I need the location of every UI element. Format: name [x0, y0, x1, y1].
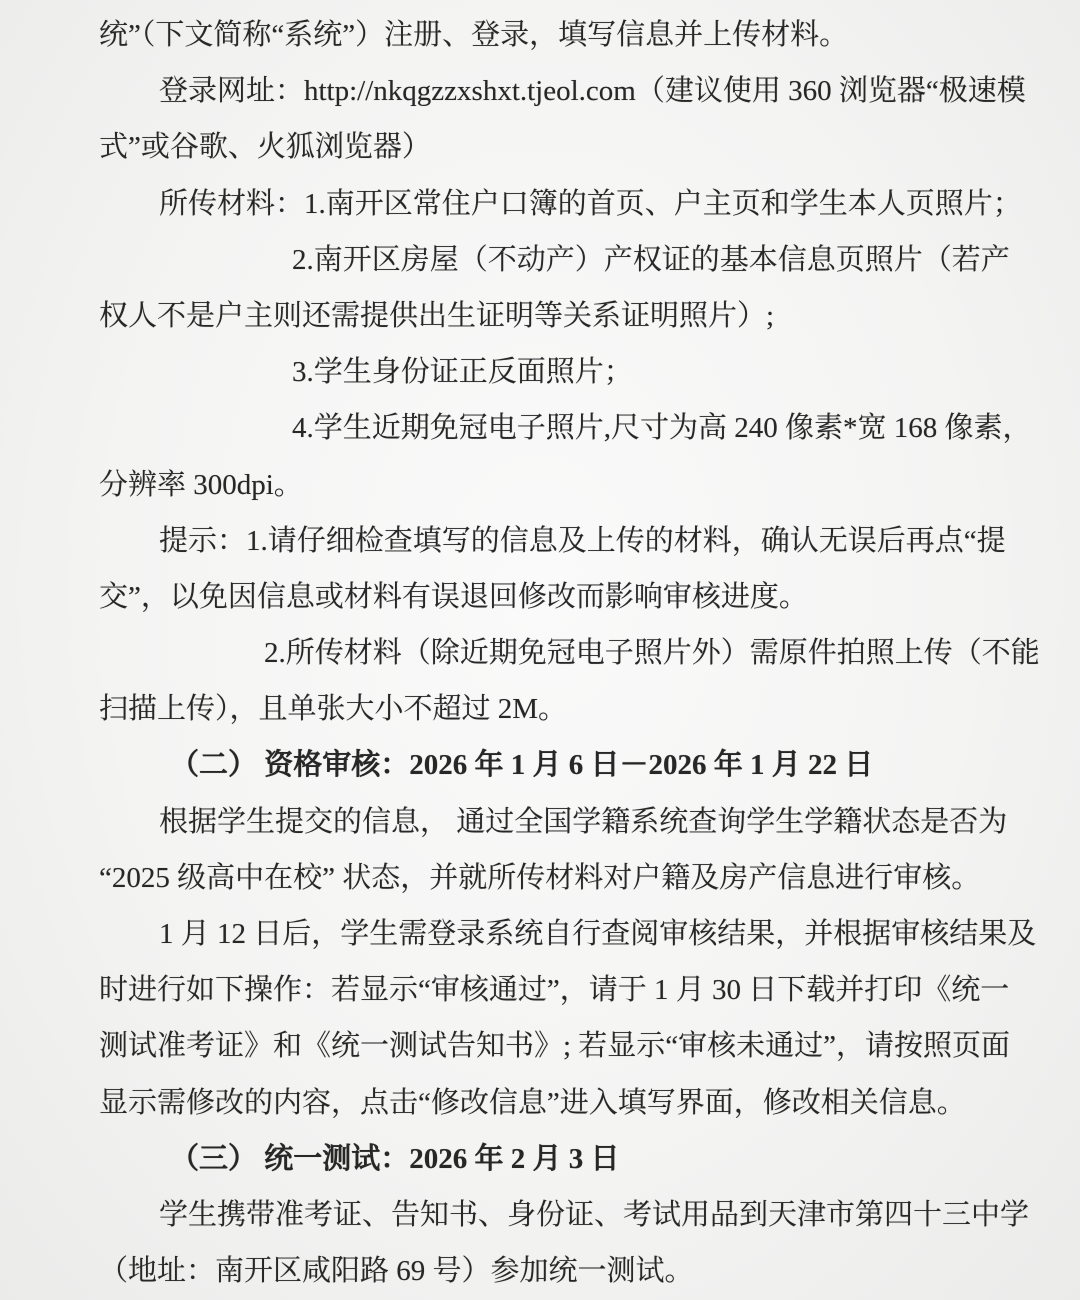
doc-line: 根据学生提交的信息， 通过全国学籍系统查询学生学籍状态是否为	[159, 794, 1080, 850]
doc-line: 4.学生近期免冠电子照片,尺寸为高 240 像素*宽 168 像素，	[292, 400, 1080, 456]
doc-line: 显示需修改的内容，点击“修改信息”进入填写界面，修改相关信息。	[99, 1075, 1080, 1131]
doc-line: （地址：南开区咸阳路 69 号）参加统一测试。	[99, 1243, 1080, 1299]
doc-line: 式”或谷歌、火狐浏览器）	[99, 119, 1080, 175]
doc-line: 交”，以免因信息或材料有误退回修改而影响审核进度。	[99, 569, 1080, 625]
doc-line: 分辨率 300dpi。	[99, 457, 1080, 513]
doc-heading-unified-test: （三） 统一测试：2026 年 2 月 3 日	[170, 1131, 1080, 1187]
doc-line: 扫描上传），且单张大小不超过 2M。	[99, 681, 1080, 737]
doc-line: 2.所传材料（除近期免冠电子照片外）需原件拍照上传（不能	[264, 625, 1080, 681]
doc-line: 1 月 12 日后，学生需登录系统自行查阅审核结果，并根据审核结果及	[159, 906, 1080, 962]
doc-line: 学生携带准考证、告知书、身份证、考试用品到天津市第四十三中学	[159, 1187, 1080, 1243]
doc-line: 统”（下文简称“系统”）注册、登录，填写信息并上传材料。	[99, 7, 1080, 63]
doc-line: 提示：1.请仔细检查填写的信息及上传的材料，确认无误后再点“提	[159, 513, 1080, 569]
doc-line: 登录网址：http://nkqgzzxshxt.tjeol.com（建议使用 3…	[159, 63, 1080, 119]
doc-line: 所传材料：1.南开区常住户口簿的首页、户主页和学生本人页照片；	[159, 176, 1080, 232]
doc-heading-qualification-review: （二） 资格审核：2026 年 1 月 6 日－2026 年 1 月 22 日	[170, 737, 1080, 793]
doc-line: 3.学生身份证正反面照片；	[292, 344, 1080, 400]
doc-line: 权人不是户主则还需提供出生证明等关系证明照片）;	[99, 288, 1080, 344]
doc-line: 时进行如下操作：若显示“审核通过”，请于 1 月 30 日下载并打印《统一	[99, 962, 1080, 1018]
doc-line: “2025 级高中在校” 状态，并就所传材料对户籍及房产信息进行审核。	[99, 850, 1080, 906]
doc-line: 测试准考证》和《统一测试告知书》; 若显示“审核未通过”，请按照页面	[99, 1018, 1080, 1074]
doc-line: 2.南开区房屋（不动产）产权证的基本信息页照片（若产	[292, 232, 1080, 288]
document-page: 统”（下文简称“系统”）注册、登录，填写信息并上传材料。 登录网址：http:/…	[0, 0, 1080, 1300]
